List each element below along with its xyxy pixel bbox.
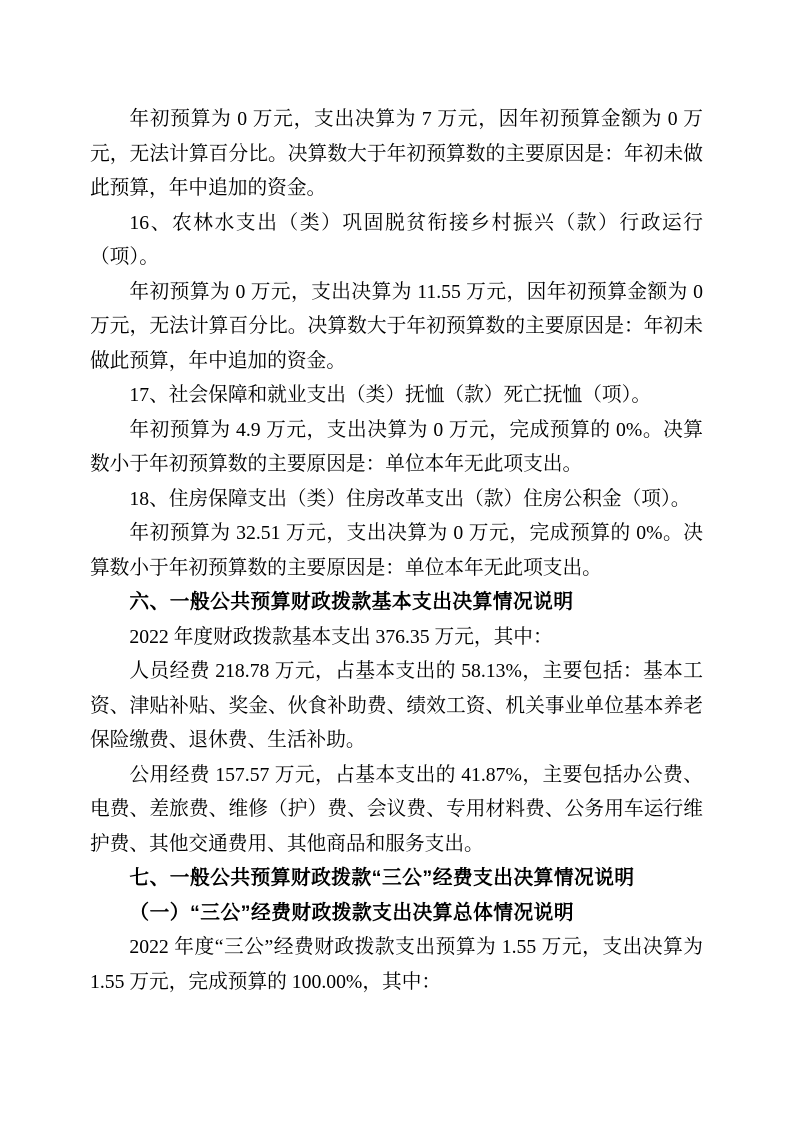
paragraph-budget-item-16-title: 16、农林水支出（类）巩固脱贫衔接乡村振兴（款）行政运行（项）。 — [90, 206, 703, 275]
document-page: 年初预算为 0 万元，支出决算为 7 万元，因年初预算金额为 0 万元，无法计算… — [0, 0, 793, 1122]
section-heading-7-three-public-funds: 七、一般公共预算财政拨款“三公”经费支出决算情况说明 — [90, 861, 703, 896]
subsection-heading-1-overall: （一）“三公”经费财政拨款支出决算总体情况说明 — [90, 896, 703, 931]
paragraph-budget-item-16-detail: 年初预算为 0 万元，支出决算为 11.55 万元，因年初预算金额为 0 万元，… — [90, 275, 703, 379]
paragraph-personnel-expense: 人员经费 218.78 万元，占基本支出的 58.13%，主要包括：基本工资、津… — [90, 654, 703, 758]
paragraph-budget-item-18-detail: 年初预算为 32.51 万元，支出决算为 0 万元，完成预算的 0%。决算数小于… — [90, 516, 703, 585]
paragraph-budget-item-17-title: 17、社会保障和就业支出（类）抚恤（款）死亡抚恤（项）。 — [90, 378, 703, 413]
paragraph-budget-item-17-detail: 年初预算为 4.9 万元，支出决算为 0 万元，完成预算的 0%。决算数小于年初… — [90, 413, 703, 482]
paragraph-three-public-funds-total: 2022 年度“三公”经费财政拨款支出预算为 1.55 万元，支出决算为 1.5… — [90, 930, 703, 999]
section-heading-6-basic-expenditure: 六、一般公共预算财政拨款基本支出决算情况说明 — [90, 585, 703, 620]
paragraph-budget-item-18-title: 18、住房保障支出（类）住房改革支出（款）住房公积金（项）。 — [90, 482, 703, 517]
paragraph-basic-expenditure-total: 2022 年度财政拨款基本支出 376.35 万元，其中： — [90, 620, 703, 655]
paragraph-public-expense: 公用经费 157.57 万元，占基本支出的 41.87%，主要包括办公费、电费、… — [90, 758, 703, 862]
document-content: 年初预算为 0 万元，支出决算为 7 万元，因年初预算金额为 0 万元，无法计算… — [90, 102, 703, 999]
paragraph-budget-item-15-detail: 年初预算为 0 万元，支出决算为 7 万元，因年初预算金额为 0 万元，无法计算… — [90, 102, 703, 206]
